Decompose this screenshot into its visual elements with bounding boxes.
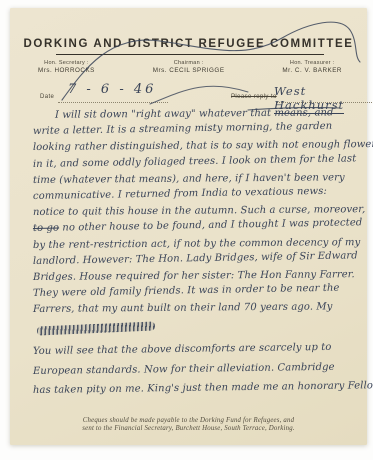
officer-chairman: Chairman : Mrs. CECIL SPRIGGE <box>153 60 225 74</box>
body-line: has taken pity on me. King's just then m… <box>33 381 357 405</box>
letter-body: I will sit down "right away" whatever th… <box>33 110 357 405</box>
officer-role: Chairman : <box>153 60 225 66</box>
second-paragraph: You will see that the above discomforts … <box>33 346 357 405</box>
letter-photo: DORKING AND DISTRICT REFUGEE COMMITTEE H… <box>0 0 373 460</box>
struck-out-words: to go <box>33 223 59 234</box>
date-label: Date <box>40 94 54 100</box>
letter-paper: DORKING AND DISTRICT REFUGEE COMMITTEE H… <box>10 8 367 445</box>
cheques-footnote: Cheques should be made payable to the Do… <box>10 417 367 434</box>
date-reply-row: Date 7 - 6 - 46 Please reply to West Hac… <box>38 82 344 108</box>
scribbled-out-line <box>37 322 155 336</box>
reply-to-label-struck: Please reply to <box>231 94 277 100</box>
officer-secretary: Hon. Secretary : Mrs. HORROCKS <box>38 60 95 74</box>
letterhead-rule <box>56 54 324 55</box>
officer-name: Mr. C. V. BARKER <box>282 67 342 74</box>
officer-name: Mrs. CECIL SPRIGGE <box>153 67 225 74</box>
footnote-line: Cheques should be made payable to the Do… <box>10 417 367 426</box>
officer-treasurer: Hon. Treasurer : Mr. C. V. BARKER <box>282 60 342 74</box>
officer-role: Hon. Treasurer : <box>282 60 342 66</box>
officers-row: Hon. Secretary : Mrs. HORROCKS Chairman … <box>38 60 342 74</box>
footnote-line: sent to the Financial Secretary, Burchet… <box>10 425 367 434</box>
letterhead-title: DORKING AND DISTRICT REFUGEE COMMITTEE <box>10 38 367 50</box>
date-dotted-line <box>58 102 168 103</box>
officer-name: Mrs. HORROCKS <box>38 67 95 74</box>
officer-role: Hon. Secretary : <box>38 60 95 66</box>
handwritten-date: 7 - 6 - 46 <box>68 82 156 97</box>
body-line: Farrers, that my aunt built on their lan… <box>33 301 357 320</box>
